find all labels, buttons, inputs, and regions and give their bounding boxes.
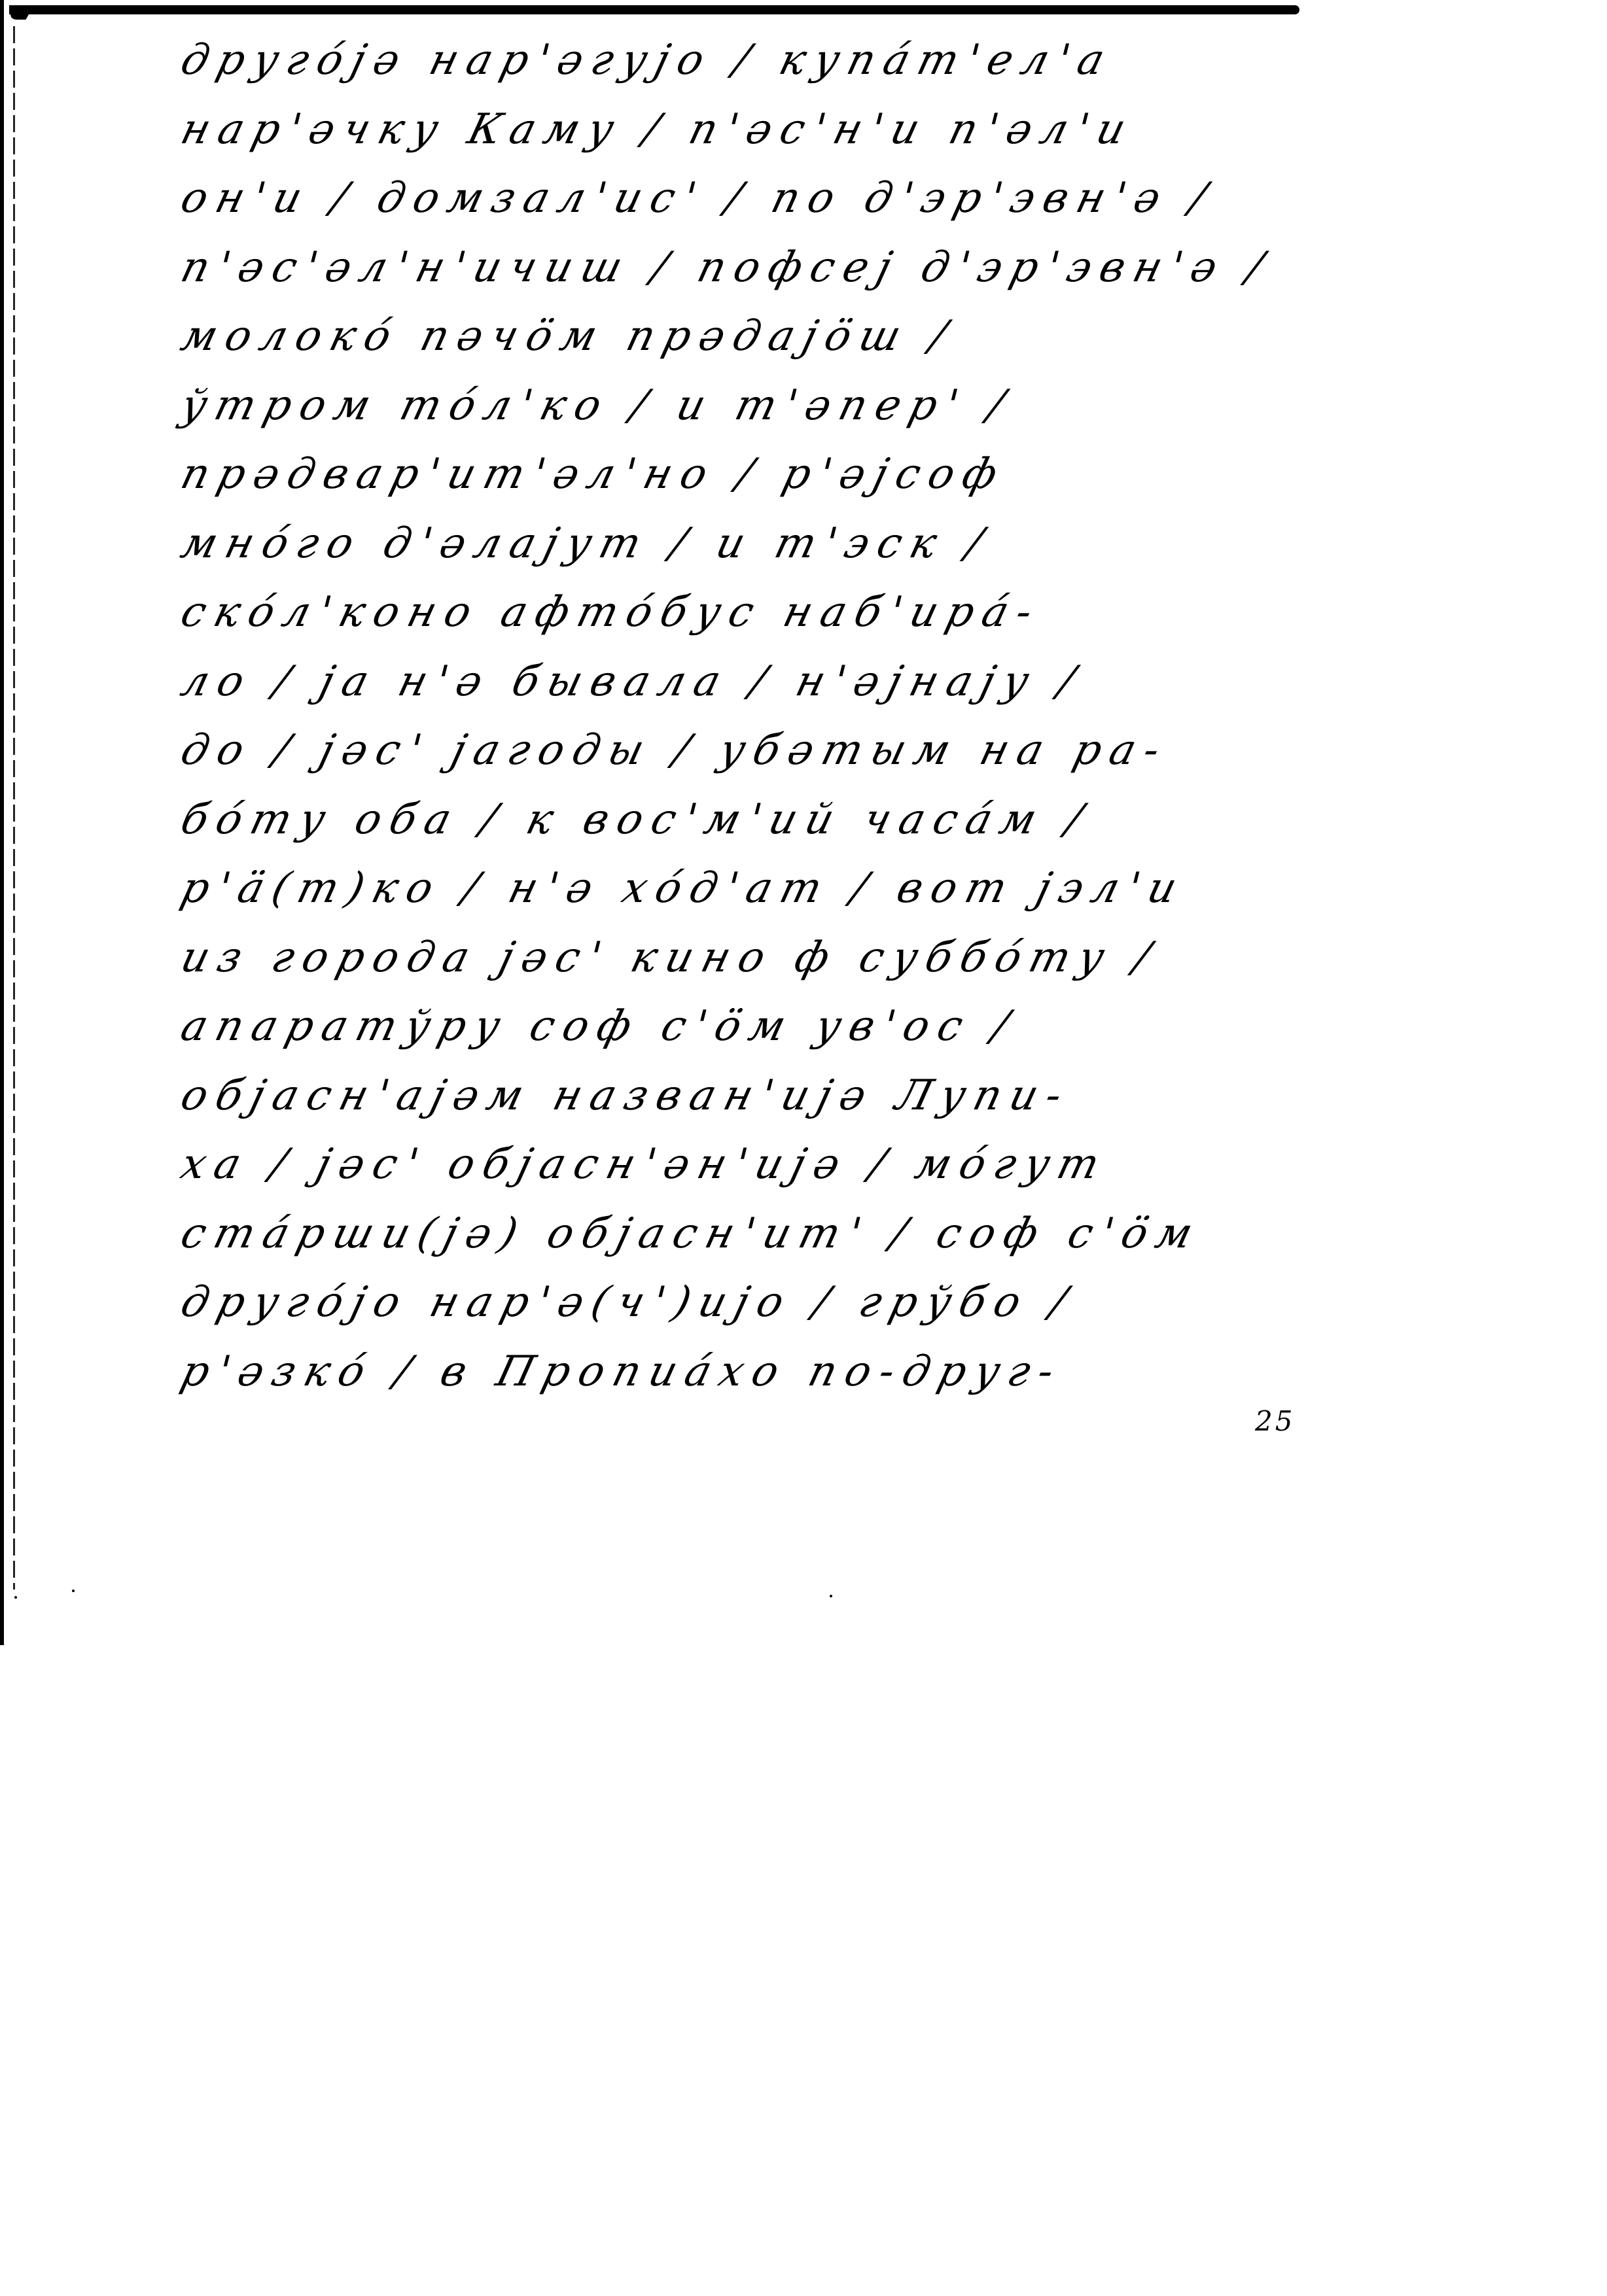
page-number-annotation: 25 <box>1255 1405 1295 1437</box>
scan-speck <box>830 1595 832 1597</box>
text-line-17: ха / јәс' објасн'ән'ијә / мόгут <box>173 1130 1349 1200</box>
text-line-20: р'әзкό / в Пропиáхо по-друг- <box>173 1338 1349 1407</box>
text-line-5: молокό пәчӧм прәдајӧш / <box>173 302 1349 372</box>
text-line-6: ўтром тόл'ко / и т'әпер' / <box>173 372 1349 441</box>
scan-speck <box>72 1590 75 1592</box>
text-line-7: прәдвар'ит'әл'но / р'әјсоф <box>173 440 1349 510</box>
text-line-12: бόту оба / к вос'м'ий часáм / <box>173 786 1349 855</box>
text-line-16: објасн'ајәм назван'ијә Лупи- <box>173 1062 1349 1131</box>
text-line-10: ло / ја н'ә бывала / н'әјнају / <box>173 648 1349 717</box>
text-line-18: стáрши(јә) објасн'ит' / соф с'ӧм <box>173 1200 1349 1269</box>
text-line-1: другόјә нар'әгујо / купáт'ел'а <box>173 26 1349 96</box>
text-line-15: апаратўру соф с'ӧм ув'ос / <box>173 992 1349 1062</box>
left-margin-line <box>13 26 15 1590</box>
text-line-9: скόл'коно афтόбус наб'ирá- <box>173 578 1349 648</box>
top-border-line <box>9 5 1299 14</box>
text-line-11: до / јәс' јагоды / убәтым на ра- <box>173 716 1349 786</box>
text-line-4: п'әс'әл'н'ичиш / пофсеј д'эр'эвн'ә / <box>173 234 1349 303</box>
text-line-13: р'ӓ(т)ко / н'ә хόд'ат / вот јэл'и <box>173 854 1349 924</box>
handwritten-text-block: другόјә нар'әгујо / купáт'ел'а нар'әчку … <box>173 26 1332 1406</box>
text-line-19: другόјо нар'ә(ч')ијо / грўбо / <box>173 1268 1349 1338</box>
text-line-2: нар'әчку Каму / п'әс'н'и п'әл'и <box>173 96 1349 165</box>
scan-edge-left <box>0 0 4 1645</box>
text-line-3: он'и / домзал'ис' / по д'эр'эвн'ә / <box>173 164 1349 234</box>
text-line-8: мнόго д'әлајут / и т'эск / <box>173 510 1349 579</box>
text-line-14: из города јәс' кино ф суббόту / <box>173 924 1349 993</box>
scan-speck <box>14 1596 17 1599</box>
